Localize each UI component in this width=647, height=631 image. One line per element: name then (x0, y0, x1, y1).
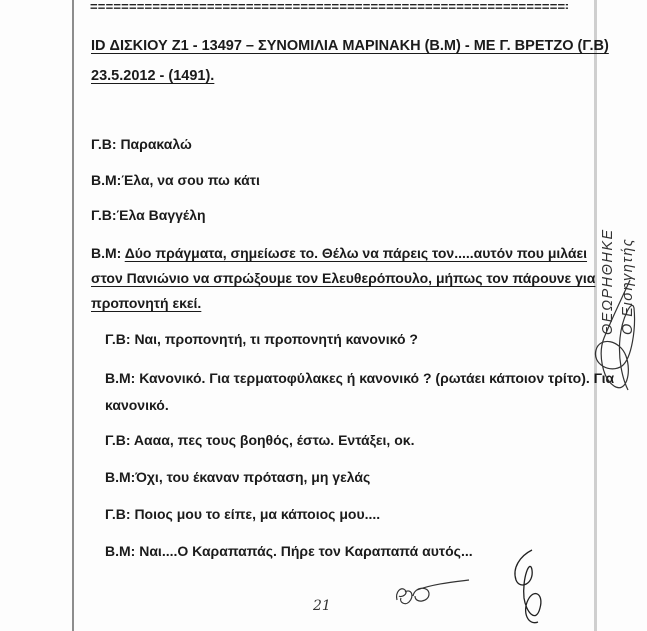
utterance: Ποιος μου το είπε, μα κάποιος μου.... (134, 506, 380, 522)
dialogue-line: Β.Μ:Όχι, του έκαναν πρόταση, μη γελάς (105, 469, 370, 485)
dialogue-line: Β.Μ:Έλα, να σου πω κάτι (91, 172, 260, 188)
signature-icon (592, 278, 642, 398)
separator-line: ========================================… (90, 0, 568, 14)
page-number: 21 (313, 598, 331, 614)
speaker: Β.Μ: (105, 469, 135, 485)
dialogue-line: Β.Μ: Κανονικό. Για τερματοφύλακες ή κανο… (105, 370, 614, 386)
dialogue-continuation: προπονητή εκεί. (91, 295, 201, 311)
speaker: Γ.Β: (105, 506, 131, 522)
utterance: Δύο πράγματα, σημείωσε το. Θέλω να πάρει… (125, 245, 587, 261)
utterance: Κανονικό. Για τερματοφύλακες ή κανονικό … (139, 370, 614, 386)
utterance: Ναι, προπονητή, τι προπονητή κανονικό ? (134, 331, 418, 347)
dialogue-line: Γ.Β: Παρακαλώ (91, 136, 192, 152)
document-heading: ID ΔΙΣΚΙΟΥ Ζ1 - 13497 – ΣΥΝΟΜΙΛΙΑ ΜΑΡΙΝΑ… (91, 38, 609, 54)
speaker: Β.Μ: (91, 172, 121, 188)
speaker: Γ.Β: (105, 331, 131, 347)
dialogue-line: Γ.Β: Ποιος μου το είπε, μα κάποιος μου..… (105, 506, 380, 522)
speaker: Β.Μ: (105, 370, 135, 386)
speaker: Β.Μ: (91, 245, 121, 261)
speaker: Γ.Β: (91, 136, 117, 152)
dialogue-line: Β.Μ: Ναι....Ο Καραπαπάς. Πήρε τον Καραπα… (105, 543, 473, 559)
speaker: Γ.Β: (91, 207, 117, 223)
utterance: Όχι, του έκαναν πρόταση, μη γελάς (135, 469, 370, 485)
speaker: Γ.Β: (105, 432, 131, 448)
dialogue-continuation: στον Πανιώνιο να σπρώξουμε τον Ελευθερόπ… (91, 270, 595, 286)
dialogue-continuation: κανονικό. (105, 397, 169, 413)
dialogue-line: Β.Μ: Δύο πράγματα, σημείωσε το. Θέλω να … (91, 245, 587, 261)
utterance: Παρακαλώ (120, 136, 191, 152)
utterance: Έλα, να σου πω κάτι (121, 172, 260, 188)
utterance: Ναι....Ο Καραπαπάς. Πήρε τον Καραπαπά αυ… (139, 543, 472, 559)
dialogue-line: Γ.Β: Αααα, πες τους βοηθός, έστω. Εντάξε… (105, 432, 414, 448)
utterance: Έλα Βαγγέλη (117, 207, 206, 223)
signature-icon (510, 548, 550, 628)
left-margin-line (72, 0, 74, 631)
utterance: Αααα, πες τους βοηθός, έστω. Εντάξει, οκ… (134, 432, 415, 448)
scanned-document-page: ========================================… (0, 0, 647, 631)
document-date: 23.5.2012 - (1491). (91, 68, 214, 84)
dialogue-line: Γ.Β: Ναι, προπονητή, τι προπονητή κανονι… (105, 331, 418, 347)
speaker: Β.Μ: (105, 543, 135, 559)
initials-icon (393, 578, 473, 608)
dialogue-line: Γ.Β:Έλα Βαγγέλη (91, 207, 206, 223)
